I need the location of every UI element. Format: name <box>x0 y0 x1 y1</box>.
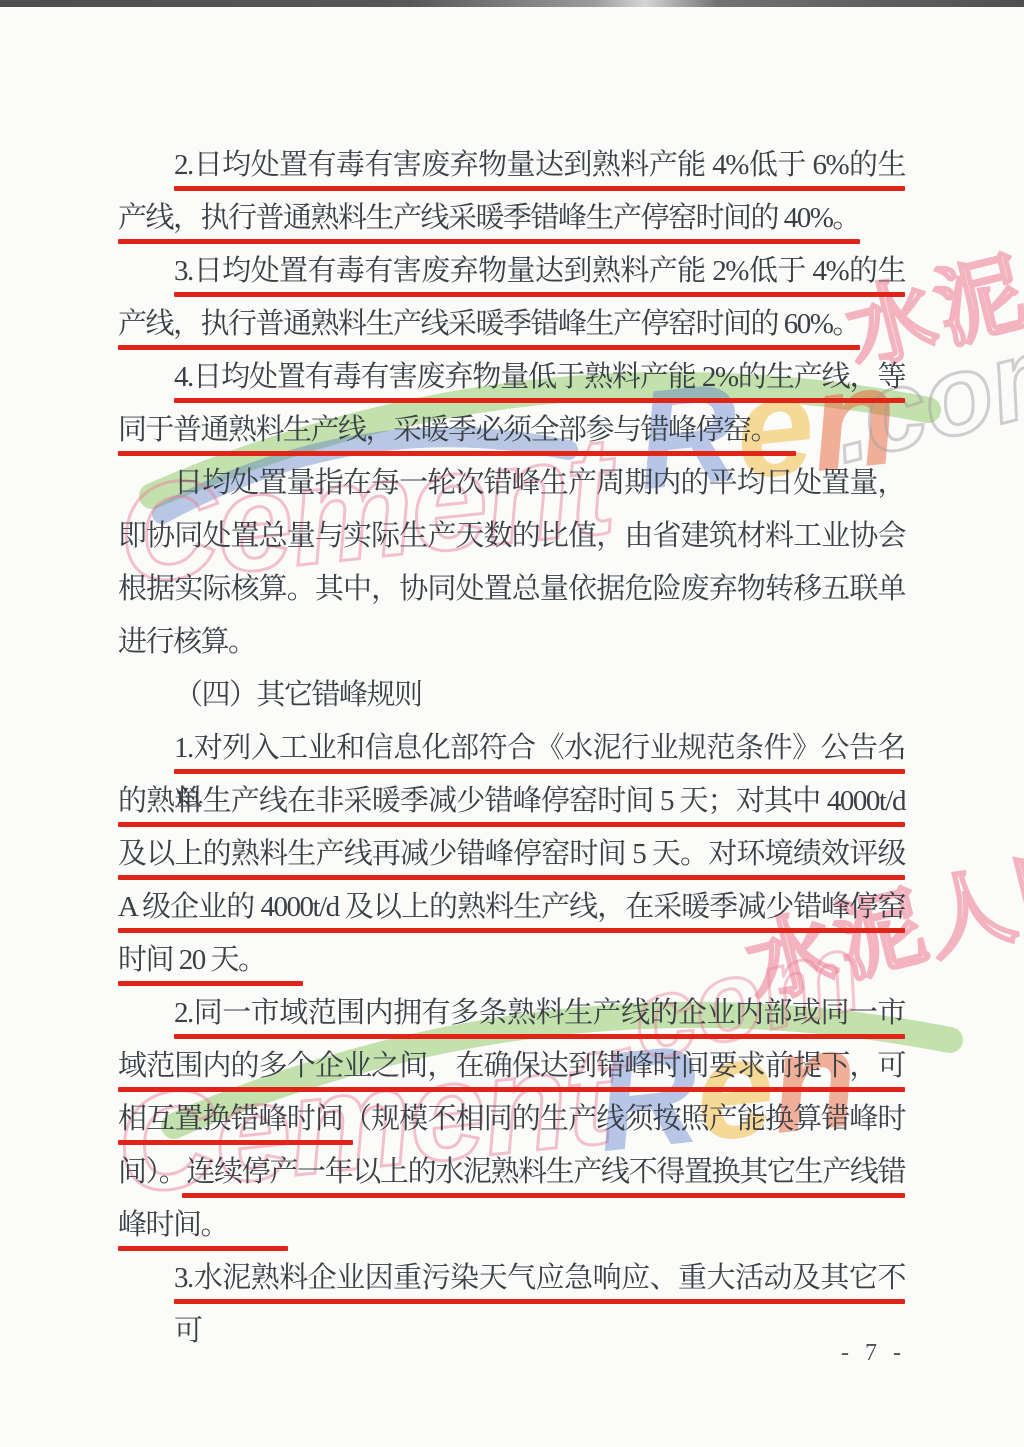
text-line: 日均处置量指在每一轮次错峰生产周期内的平均日处置量， <box>118 457 905 510</box>
text-line: 2.日均处置有毒有害废弃物量达到熟料产能 4%低于 6%的生 <box>118 139 905 192</box>
text-line: 产线，执行普通熟料生产线采暖季错峰生产停窑时间的 40%。 <box>118 192 905 245</box>
red-underline <box>118 345 860 350</box>
text-line: 的熟料生产线在非采暖季减少错峰停窑时间 5 天；对其中 4000t/d <box>118 775 905 828</box>
text-line: 相互置换错峰时间（规模不相同的生产线须按照产能换算错峰时 <box>118 1093 905 1146</box>
text-line: 3.日均处置有毒有害废弃物量达到熟料产能 2%低于 4%的生 <box>118 245 905 298</box>
text-line: 4.日均处置有毒有害废弃物量低于熟料产能 2%的生产线，等 <box>118 351 905 404</box>
text-line: 进行核算。 <box>118 616 905 669</box>
page-number: - 7 - <box>841 1340 906 1367</box>
red-underline <box>118 239 860 244</box>
red-underline <box>174 1034 905 1039</box>
text-line: 即协同处置总量与实际生产天数的比值，由省建筑材料工业协会 <box>118 510 905 563</box>
red-underline <box>118 451 796 456</box>
text-line: （四）其它错峰规则 <box>118 669 905 722</box>
red-underline <box>174 398 905 403</box>
text-line: 峰时间。 <box>118 1199 905 1252</box>
red-underline <box>118 1087 905 1092</box>
text-line: 同于普通熟料生产线，采暖季必须全部参与错峰停窑。 <box>118 404 905 457</box>
scan-top-edge <box>0 0 1024 7</box>
red-underline <box>174 292 905 297</box>
red-underline <box>182 1193 905 1198</box>
text-line: A 级企业的 4000t/d 及以上的熟料生产线，在采暖季减少错峰停窑 <box>118 881 905 934</box>
document-page: Cement Ren 水泥人网 .com Cement Ren 水泥人网 .co… <box>0 0 1024 1447</box>
red-underline <box>174 1299 905 1304</box>
red-underline <box>174 769 905 774</box>
text-line: 产线，执行普通熟料生产线采暖季错峰生产停窑时间的 60%。 <box>118 298 905 351</box>
red-underline <box>118 875 905 880</box>
text-line: 3.水泥熟料企业因重污染天气应急响应、重大活动及其它不可 <box>118 1252 905 1305</box>
red-underline <box>118 928 905 933</box>
red-underline <box>118 1246 288 1251</box>
text-line: 2.同一市域范围内拥有多条熟料生产线的企业内部或同一市 <box>118 987 905 1040</box>
red-underline <box>118 1140 353 1145</box>
text-line: 间）。连续停产一年以上的水泥熟料生产线不得置换其它生产线错 <box>118 1146 905 1199</box>
text-line: 根据实际核算。其中，协同处置总量依据危险废弃物转移五联单 <box>118 563 905 616</box>
red-underline <box>118 981 303 986</box>
text-line: 时间 20 天。 <box>118 934 905 987</box>
text-line: 1.对列入工业和信息化部符合《水泥行业规范条件》公告名单 <box>118 722 905 775</box>
red-underline <box>174 186 905 191</box>
red-underline <box>118 822 905 827</box>
text-line: 及以上的熟料生产线再减少错峰停窑时间 5 天。对环境绩效评级 <box>118 828 905 881</box>
text-line: 域范围内的多个企业之间，在确保达到错峰时间要求前提下，可 <box>118 1040 905 1093</box>
document-body: 2.日均处置有毒有害废弃物量达到熟料产能 4%低于 6%的生产线，执行普通熟料生… <box>118 139 905 1305</box>
